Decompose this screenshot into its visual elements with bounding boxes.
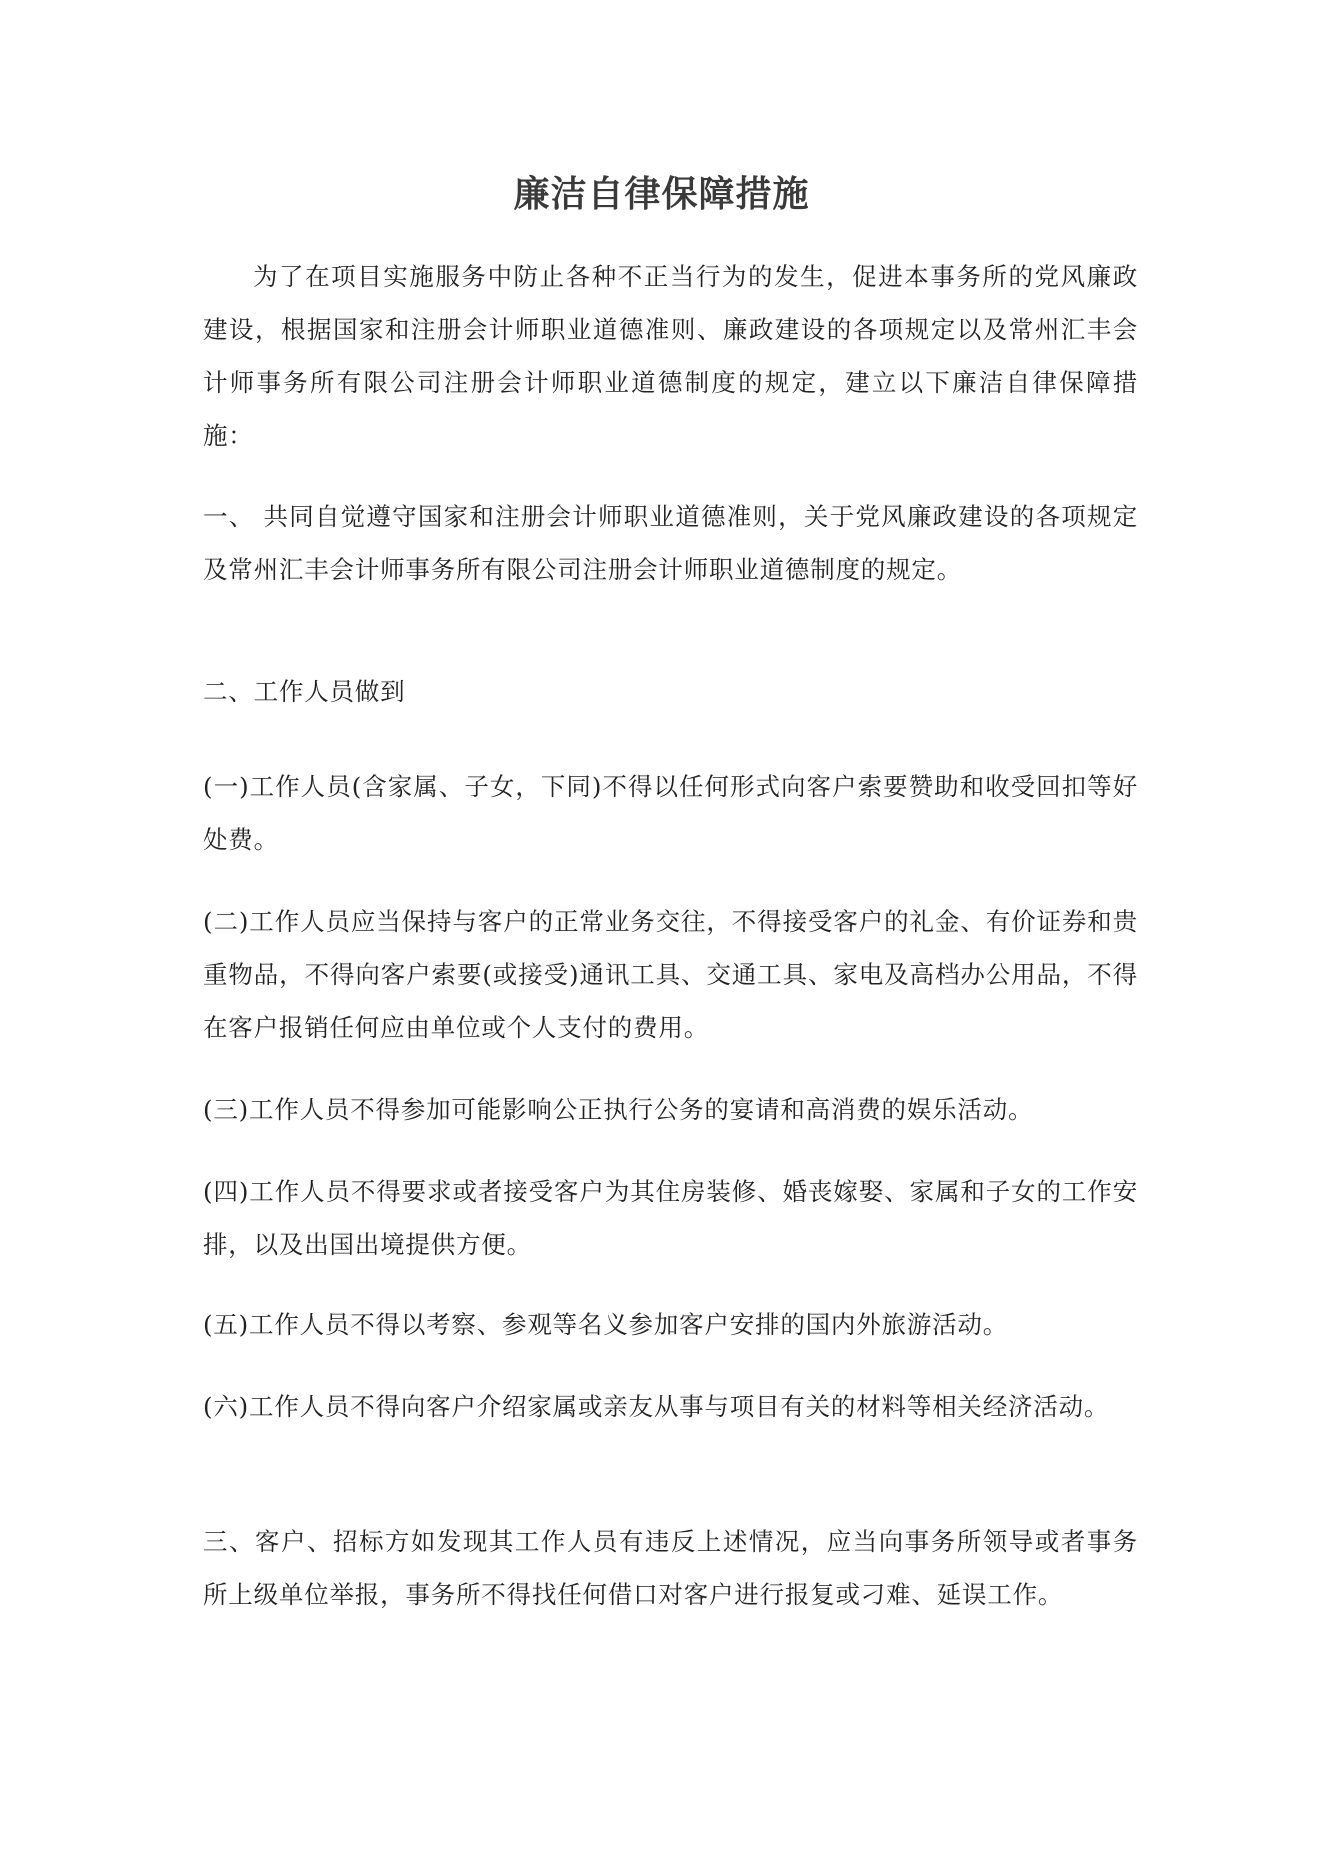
- section-2-item-2: (二)工作人员应当保持与客户的正常业务交往，不得接受客户的礼金、有价证券和贵重物…: [203, 895, 1138, 1054]
- section-3-paragraph: 三、客户、招标方如发现其工作人员有违反上述情况，应当向事务所领导或者事务所上级单…: [203, 1515, 1138, 1621]
- section-1-paragraph: 一、 共同自觉遵守国家和注册会计师职业道德准则，关于党风廉政建设的各项规定及常州…: [203, 490, 1138, 596]
- section-2-heading: 二、工作人员做到: [203, 665, 1138, 718]
- section-2-item-6: (六)工作人员不得向客户介绍家属或亲友从事与项目有关的材料等相关经济活动。: [203, 1380, 1138, 1433]
- section-2-item-5: (五)工作人员不得以考察、参观等名义参加客户安排的国内外旅游活动。: [203, 1298, 1138, 1351]
- document-page: 廉洁自律保障措施 为了在项目实施服务中防止各种不正当行为的发生，促进本事务所的党…: [0, 0, 1323, 1871]
- section-2-item-3: (三)工作人员不得参加可能影响公正执行公务的宴请和高消费的娱乐活动。: [203, 1083, 1138, 1136]
- section-2-item-4: (四)工作人员不得要求或者接受客户为其住房装修、婚丧嫁娶、家属和子女的工作安排，…: [203, 1165, 1138, 1271]
- document-title: 廉洁自律保障措施: [0, 170, 1323, 220]
- section-2-item-1: (一)工作人员(含家属、子女，下同)不得以任何形式向客户索要赞助和收受回扣等好处…: [203, 760, 1138, 866]
- intro-paragraph: 为了在项目实施服务中防止各种不正当行为的发生，促进本事务所的党风廉政建设，根据国…: [203, 250, 1138, 462]
